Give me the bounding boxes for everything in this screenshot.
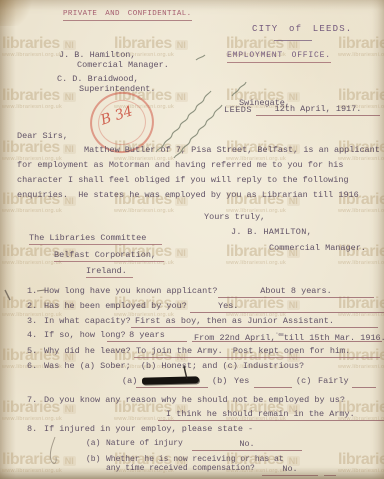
scanned-letter-page: librariesNI www.librariesni.org.uk libra… [0,0,384,479]
pencil-marks [5,290,56,464]
ink-flick [184,366,187,379]
margin-tick [5,290,10,300]
pencil-hook [50,437,56,464]
q1-pencil-dash [37,290,45,291]
handwriting-and-pencil-marks [0,0,384,479]
handwritten-annotation [156,55,246,158]
